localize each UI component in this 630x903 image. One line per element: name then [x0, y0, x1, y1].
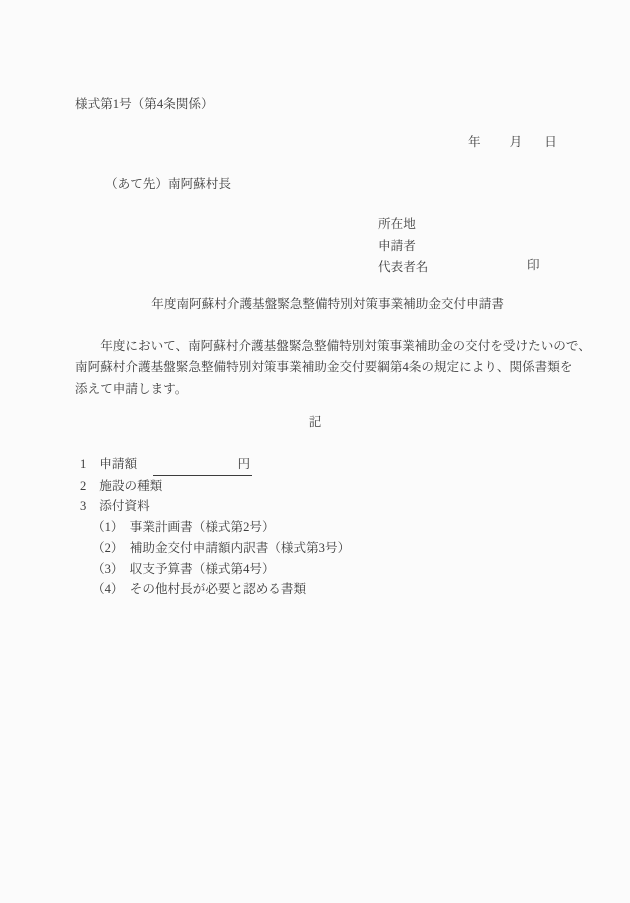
document-title: 年度南阿蘇村介護基盤緊急整備特別対策事業補助金交付申請書: [0, 296, 630, 313]
item-facility-label: 施設の種類: [99, 479, 162, 493]
date-month-label: 月: [510, 135, 523, 149]
body-line-2: 南阿蘇村介護基盤緊急整備特別対策事業補助金交付要綱第4条の規定により、関係書類を: [75, 357, 591, 378]
date-day-label: 日: [544, 135, 557, 149]
date-line: 年月日: [468, 134, 557, 151]
body-paragraph: 年度において、南阿蘇村介護基盤緊急整備特別対策事業補助金の交付を受けたいので、 …: [75, 336, 591, 400]
attachment-subitem-3: （3） 収支予算書（様式第4号）: [80, 559, 350, 580]
form-number: 様式第1号（第4条関係）: [75, 96, 214, 113]
applicant-representative-label: 代表者名: [378, 257, 428, 279]
itemized-list: 1申請額円 2施設の種類 3添付資料 （1） 事業計画書（様式第2号） （2） …: [80, 454, 350, 600]
amount-blank-underline: 円: [153, 454, 252, 476]
list-item-facility-type: 2施設の種類: [80, 476, 350, 497]
date-year-label: 年: [468, 135, 481, 149]
document-page: 様式第1号（第4条関係） 年月日 （あて先）南阿蘇村長 所在地 申請者 代表者名…: [0, 0, 630, 903]
list-item-amount: 1申請額円: [80, 454, 350, 476]
applicant-address-label: 所在地: [378, 214, 428, 236]
attachment-subitem-4: （4） その他村長が必要と認める書類: [80, 579, 350, 600]
item-number: 1: [80, 457, 86, 471]
item-number: 2: [80, 479, 86, 493]
list-item-attachments: 3添付資料: [80, 496, 350, 517]
seal-mark: 印: [527, 257, 540, 274]
body-line-3: 添えて申請します。: [75, 379, 591, 400]
item-number: 3: [80, 499, 86, 513]
addressee-line: （あて先）南阿蘇村長: [105, 176, 231, 193]
item-amount-label: 申請額: [99, 457, 137, 471]
applicant-name-label: 申請者: [378, 236, 428, 258]
attachment-subitem-1: （1） 事業計画書（様式第2号）: [80, 517, 350, 538]
list-heading: 記: [0, 414, 630, 431]
attachment-subitem-2: （2） 補助金交付申請額内訳書（様式第3号）: [80, 538, 350, 559]
body-line-1: 年度において、南阿蘇村介護基盤緊急整備特別対策事業補助金の交付を受けたいので、: [75, 336, 591, 357]
amount-unit-label: 円: [237, 457, 250, 471]
item-attachments-label: 添付資料: [99, 499, 149, 513]
applicant-block: 所在地 申請者 代表者名: [378, 214, 428, 279]
